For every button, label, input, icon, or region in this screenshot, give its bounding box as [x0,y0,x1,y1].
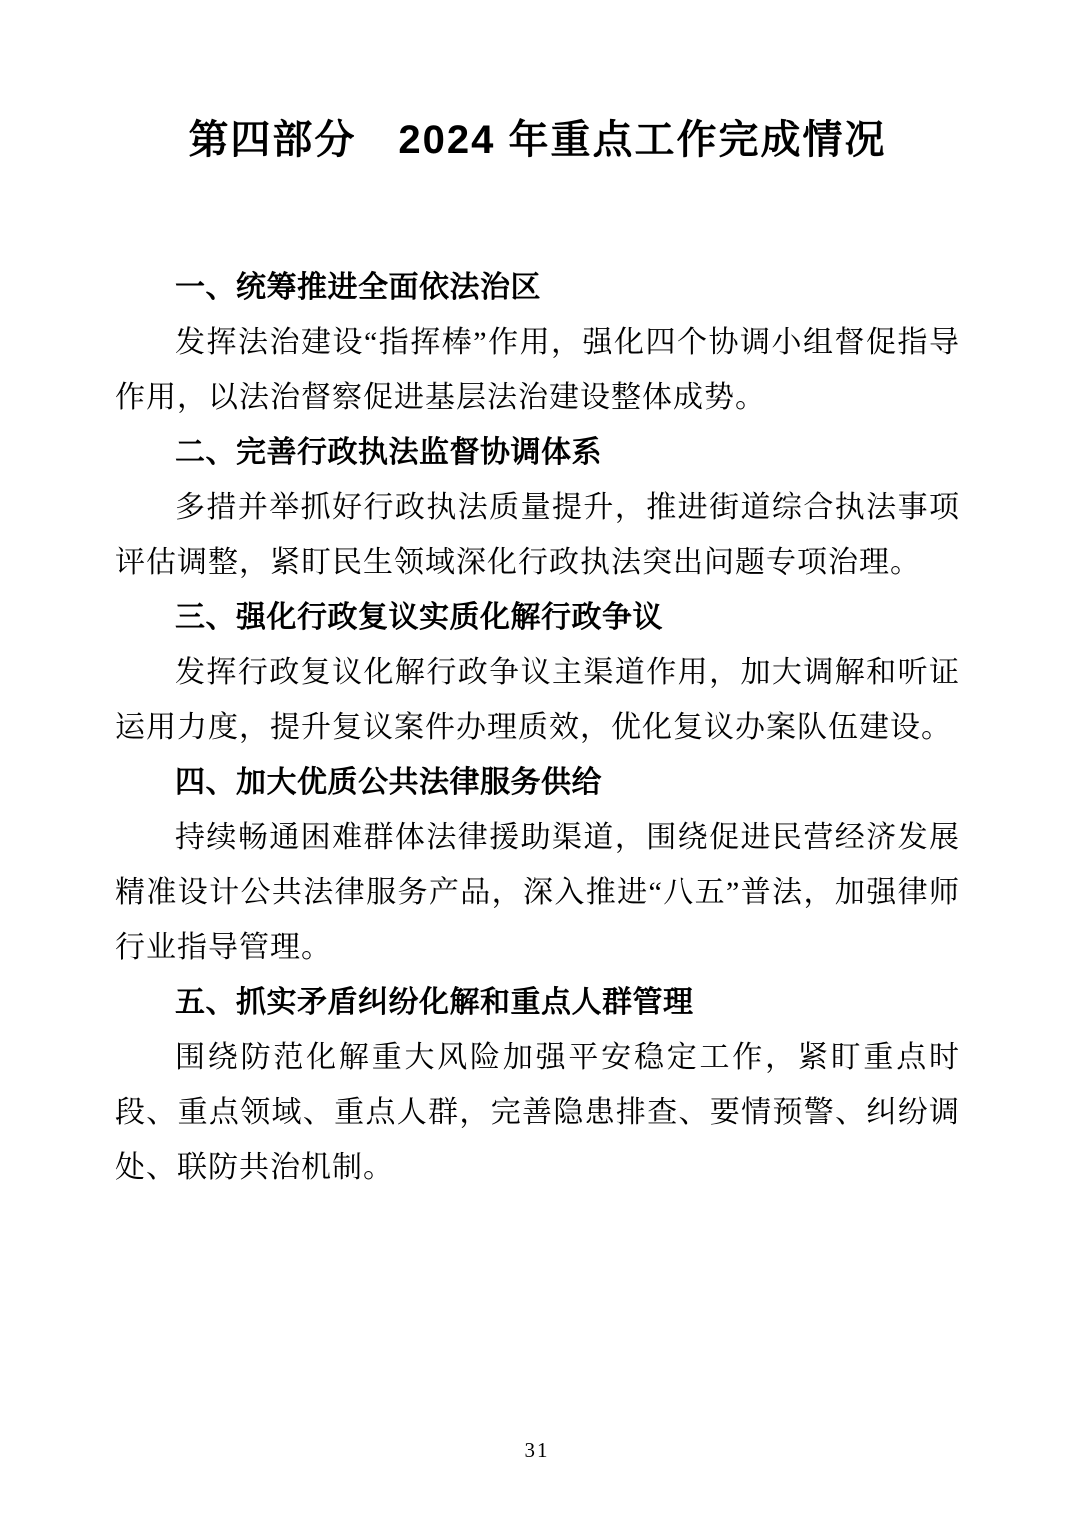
section-heading-4: 四、加大优质公共法律服务供给 [115,755,960,810]
section-paragraph-1: 发挥法治建设“指挥棒”作用，强化四个协调小组督促指导作用，以法治督察促进基层法治… [115,315,960,425]
section-heading-5: 五、抓实矛盾纠纷化解和重点人群管理 [115,975,960,1030]
section-heading-2: 二、完善行政执法监督协调体系 [115,425,960,480]
section-paragraph-3: 发挥行政复议化解行政争议主渠道作用，加大调解和听证运用力度，提升复议案件办理质效… [115,645,960,755]
document-page: 第四部分 2024 年重点工作完成情况 一、统筹推进全面依法治区发挥法治建设“指… [0,0,1074,1520]
section-paragraph-5: 围绕防范化解重大风险加强平安稳定工作，紧盯重点时段、重点领域、重点人群，完善隐患… [115,1030,960,1195]
section-heading-3: 三、强化行政复议实质化解行政争议 [115,590,960,645]
page-footer: 31 [0,1438,1074,1463]
section-heading-1: 一、统筹推进全面依法治区 [115,260,960,315]
section-paragraph-2: 多措并举抓好行政执法质量提升，推进街道综合执法事项评估调整，紧盯民生领域深化行政… [115,480,960,590]
document-title: 第四部分 2024 年重点工作完成情况 [115,112,960,168]
section-paragraph-4: 持续畅通困难群体法律援助渠道，围绕促进民营经济发展精准设计公共法律服务产品，深入… [115,810,960,975]
page-number: 31 [525,1438,550,1462]
document-body: 一、统筹推进全面依法治区发挥法治建设“指挥棒”作用，强化四个协调小组督促指导作用… [115,260,960,1195]
